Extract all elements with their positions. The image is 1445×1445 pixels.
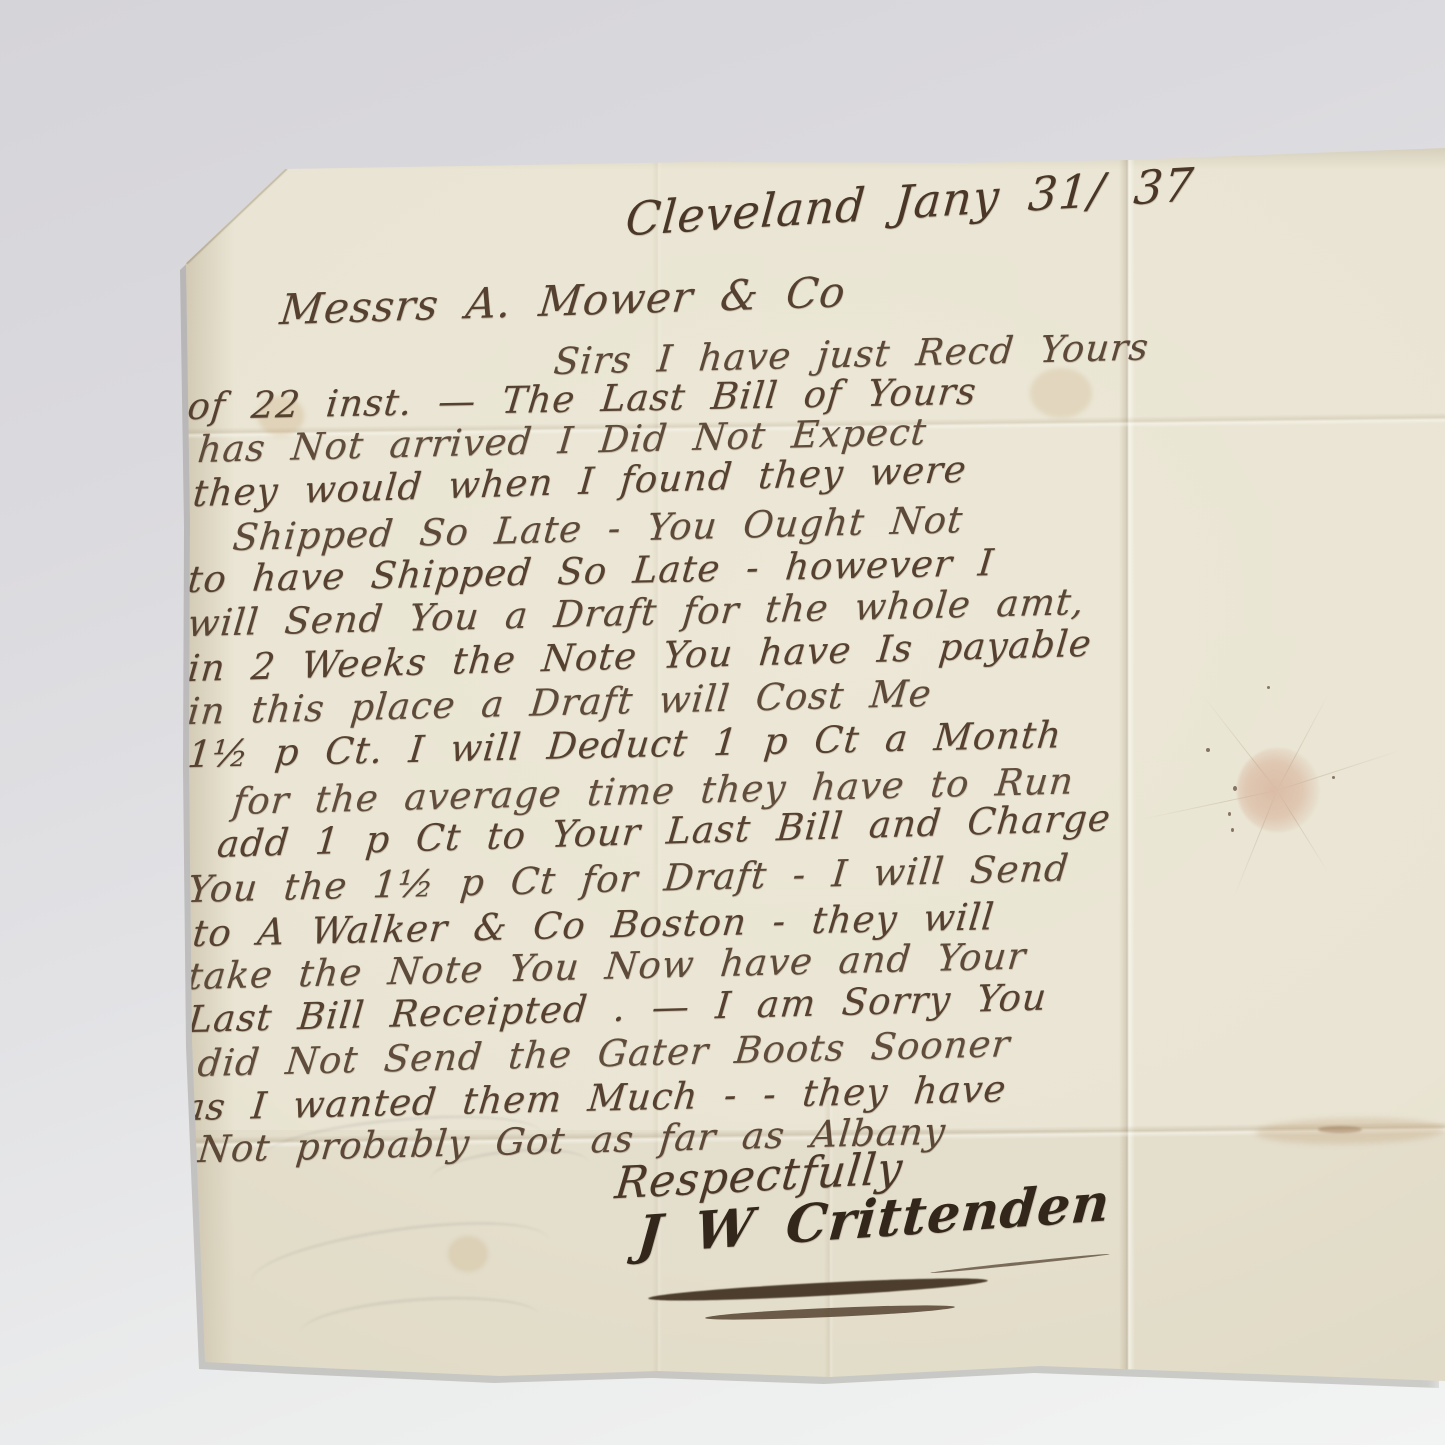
recipient-line: Messrs A. Mower & Co xyxy=(278,267,849,334)
ink-speck xyxy=(1228,812,1231,816)
ink-speck xyxy=(1267,686,1270,689)
ink-speck xyxy=(1233,786,1237,791)
ink-speck xyxy=(1206,748,1210,752)
top-edge-shading xyxy=(180,146,1445,172)
letter-paper: Cleveland Jany 31/ 37 Messrs A. Mower & … xyxy=(0,0,1445,1445)
ink-speck xyxy=(1332,776,1335,779)
ink-speck xyxy=(1231,828,1234,832)
dog-ear-corner xyxy=(0,0,300,290)
photo-of-handwritten-letter: Cleveland Jany 31/ 37 Messrs A. Mower & … xyxy=(0,0,1445,1445)
fold-discoloration-dark xyxy=(1318,1126,1362,1133)
age-spot xyxy=(1030,368,1092,418)
